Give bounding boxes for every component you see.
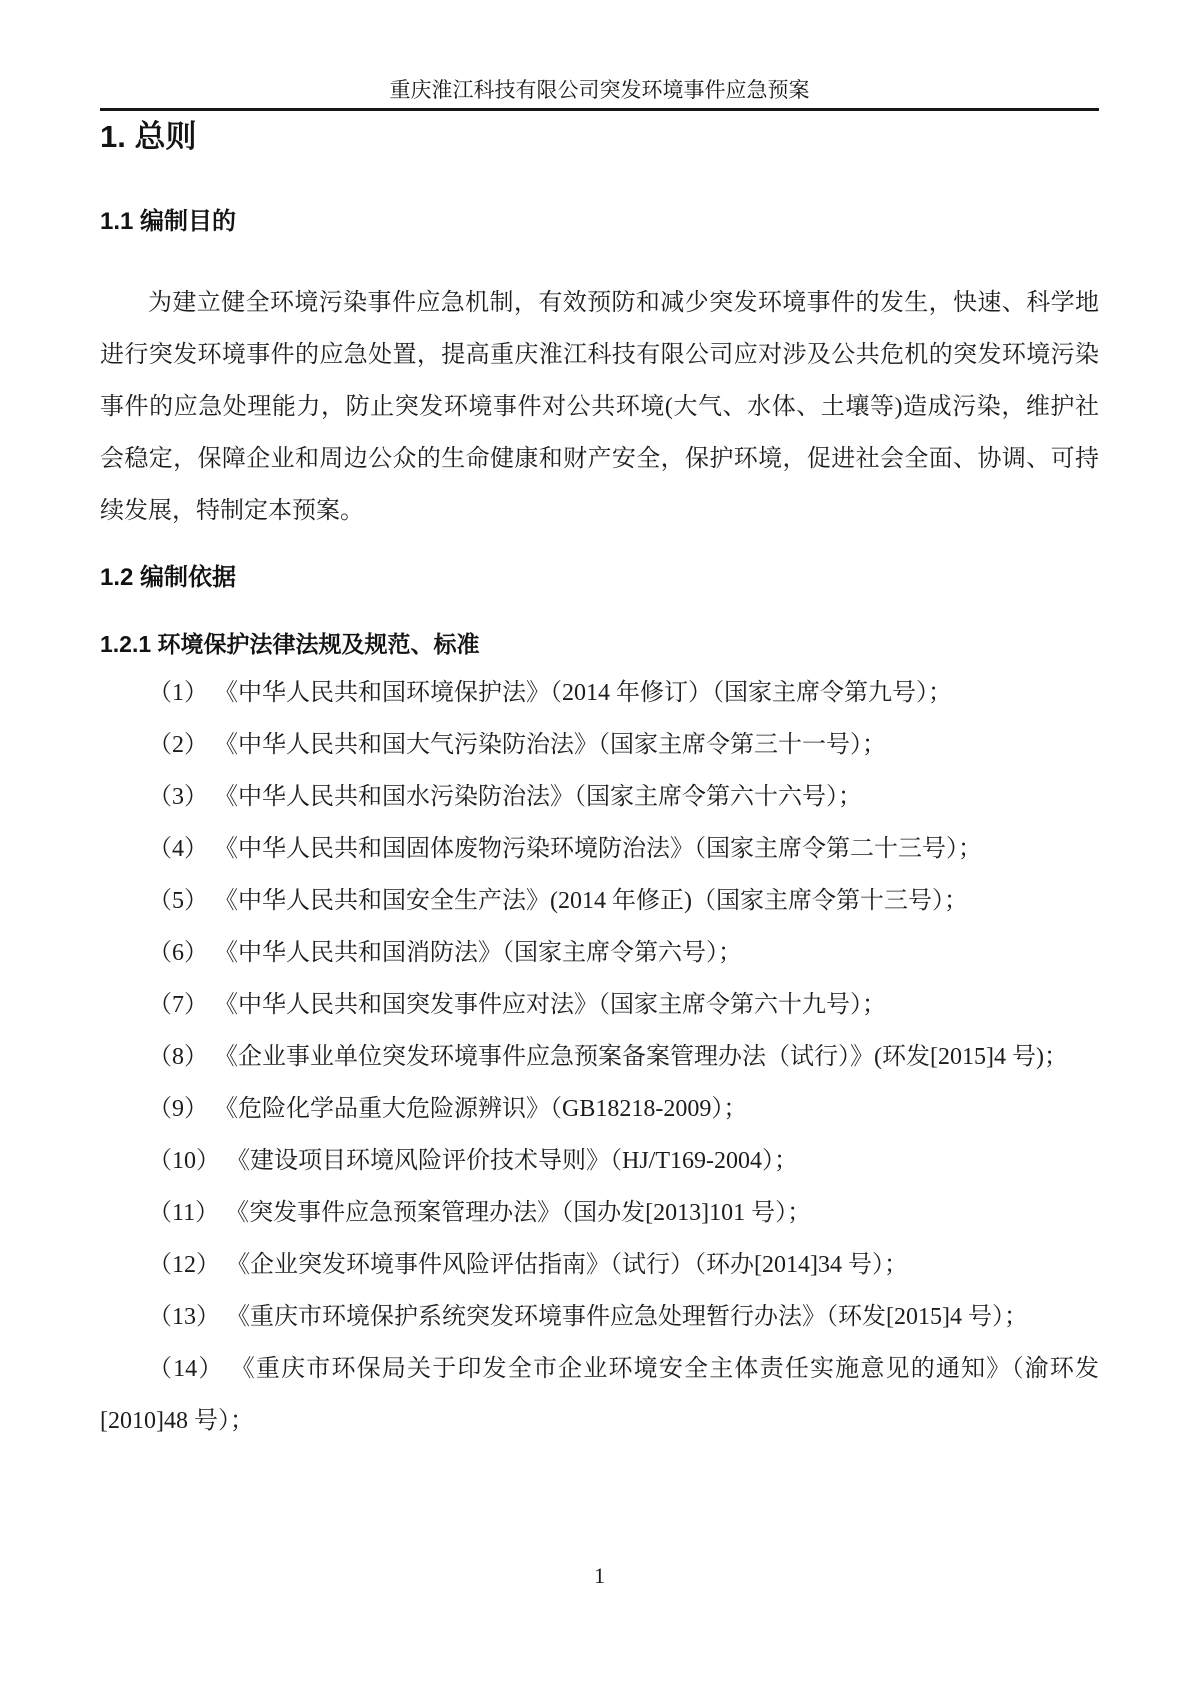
document-header-title: 重庆淮江科技有限公司突发环境事件应急预案	[100, 78, 1099, 102]
header-divider	[100, 108, 1099, 111]
section-1-1-heading: 1.1 编制目的	[100, 207, 1099, 237]
legal-reference-item: （6） 《中华人民共和国消防法》（国家主席令第六号）；	[100, 927, 1099, 979]
document-page: 重庆淮江科技有限公司突发环境事件应急预案 1. 总则 1.1 编制目的 为建立健…	[0, 0, 1199, 1696]
legal-reference-item: （5） 《中华人民共和国安全生产法》(2014 年修正)（国家主席令第十三号）；	[100, 875, 1099, 927]
legal-reference-item: （13） 《重庆市环境保护系统突发环境事件应急处理暂行办法》（环发[2015]4…	[100, 1291, 1099, 1343]
legal-reference-item: （10） 《建设项目环境风险评价技术导则》（HJ/T169-2004）；	[100, 1135, 1099, 1187]
legal-reference-item: （7） 《中华人民共和国突发事件应对法》（国家主席令第六十九号）；	[100, 979, 1099, 1031]
legal-reference-item: （8） 《企业事业单位突发环境事件应急预案备案管理办法（试行）》(环发[2015…	[100, 1031, 1099, 1083]
section-1-1-paragraph: 为建立健全环境污染事件应急机制，有效预防和减少突发环境事件的发生，快速、科学地进…	[100, 277, 1099, 537]
legal-reference-item: （2） 《中华人民共和国大气污染防治法》（国家主席令第三十一号）；	[100, 719, 1099, 771]
legal-reference-item: （11） 《突发事件应急预案管理办法》（国办发[2013]101 号）；	[100, 1187, 1099, 1239]
legal-reference-item: （4） 《中华人民共和国固体废物污染环境防治法》（国家主席令第二十三号）；	[100, 823, 1099, 875]
section-1-2-1-heading: 1.2.1 环境保护法律法规及规范、标准	[100, 629, 1099, 659]
legal-reference-list: （1） 《中华人民共和国环境保护法》（2014 年修订）（国家主席令第九号）； …	[100, 667, 1099, 1447]
page-number: 1	[0, 1556, 1199, 1596]
chapter-title: 1. 总则	[100, 119, 1099, 155]
section-1-2-heading: 1.2 编制依据	[100, 563, 1099, 593]
page-header: 重庆淮江科技有限公司突发环境事件应急预案	[100, 78, 1099, 111]
legal-reference-item: （14） 《重庆市环保局关于印发全市企业环境安全主体责任实施意见的通知》（渝环发…	[100, 1343, 1099, 1447]
legal-reference-item: （3） 《中华人民共和国水污染防治法》（国家主席令第六十六号）；	[100, 771, 1099, 823]
legal-reference-item: （9） 《危险化学品重大危险源辨识》（GB18218-2009）；	[100, 1083, 1099, 1135]
legal-reference-item: （1） 《中华人民共和国环境保护法》（2014 年修订）（国家主席令第九号）；	[100, 667, 1099, 719]
legal-reference-item: （12） 《企业突发环境事件风险评估指南》（试行）（环办[2014]34 号）；	[100, 1239, 1099, 1291]
